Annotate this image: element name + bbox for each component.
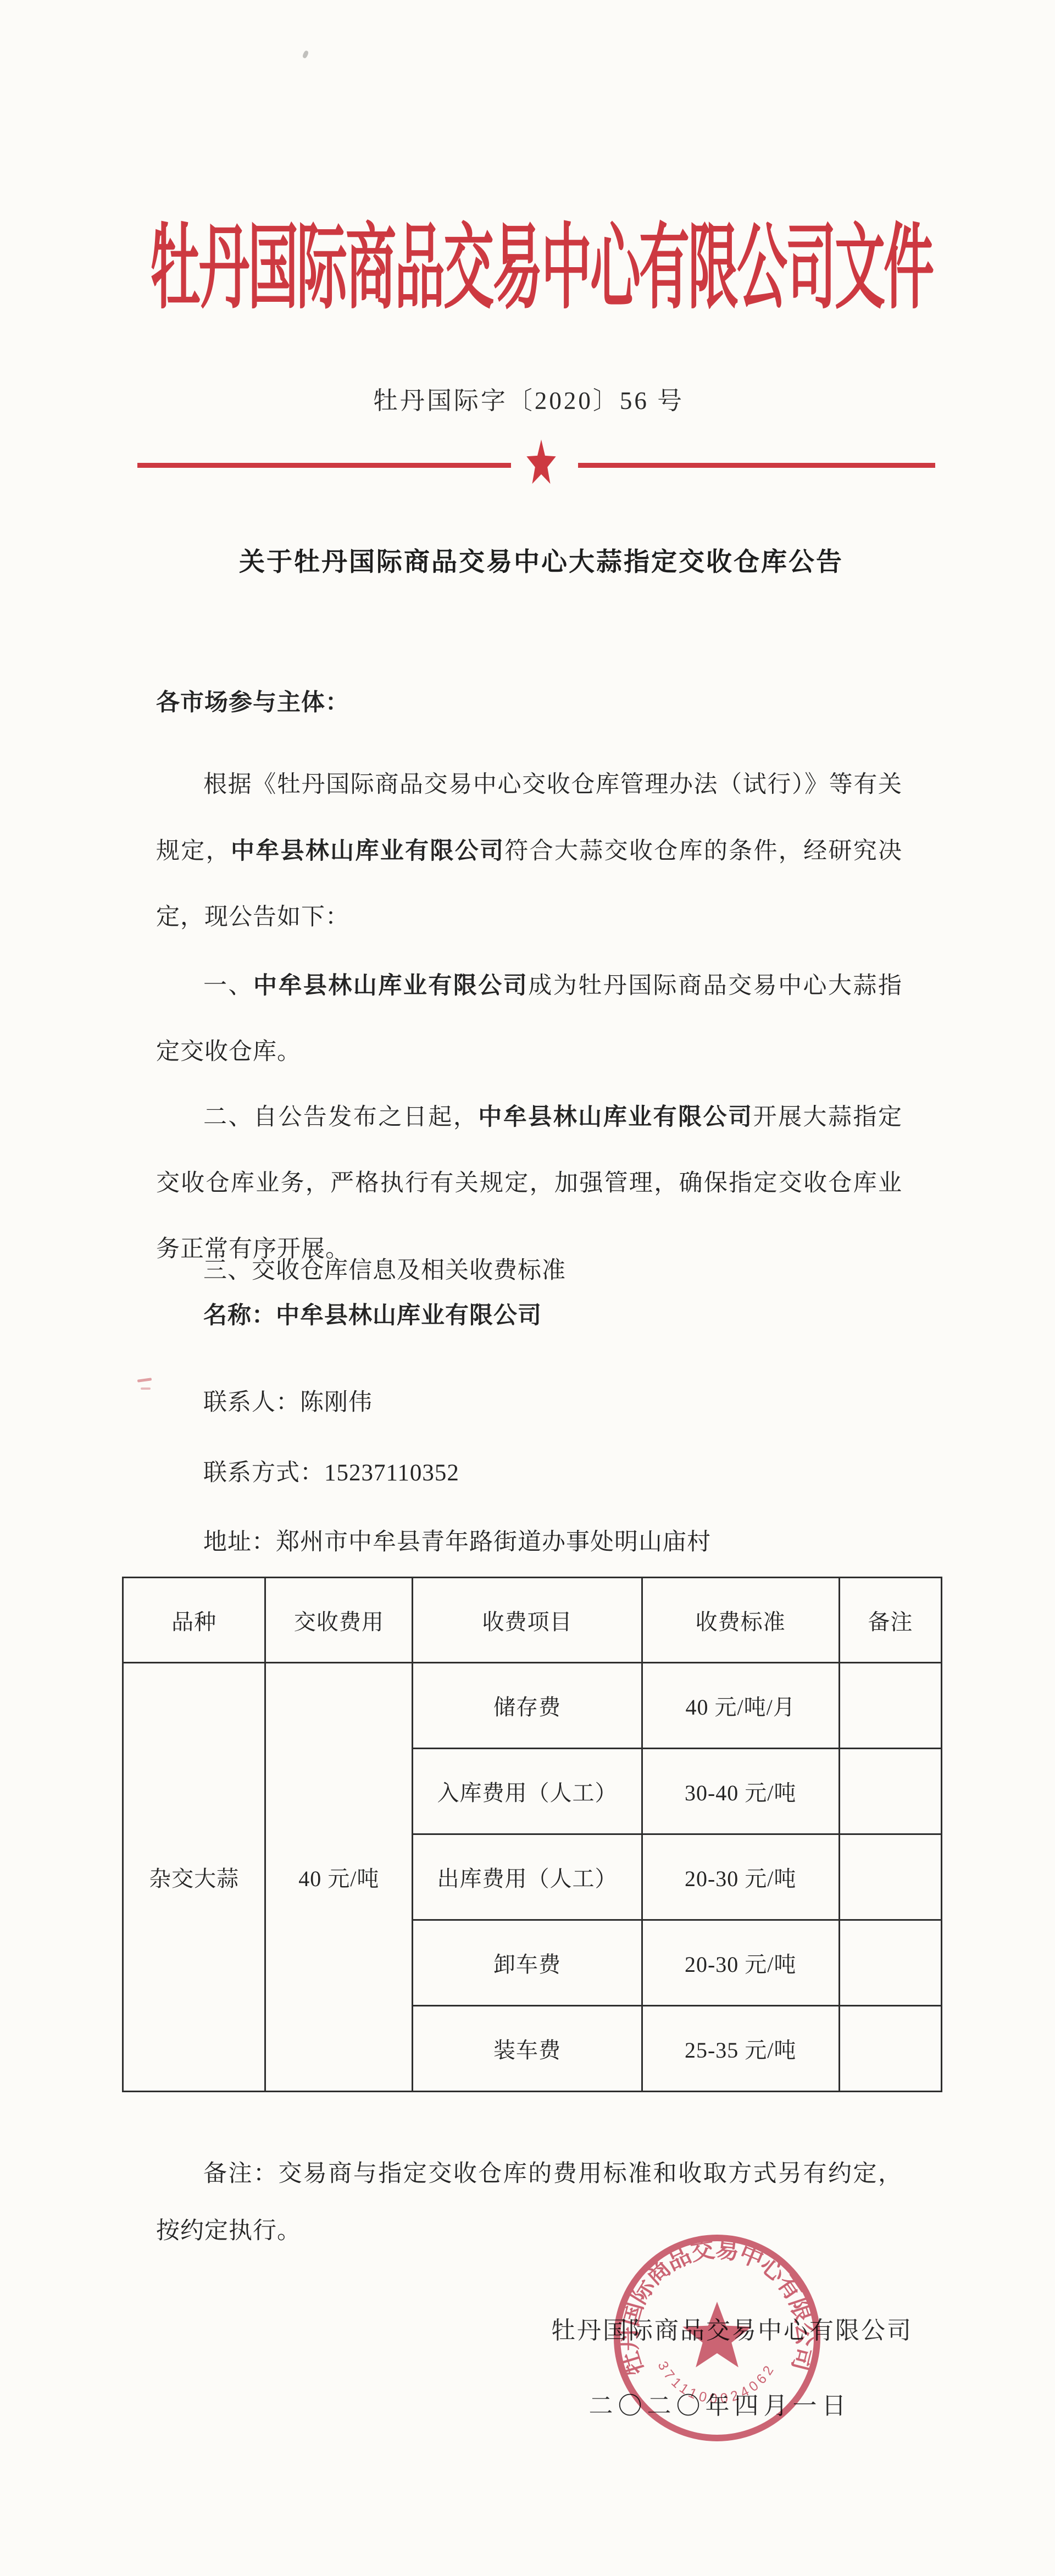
- paragraph-item-1: 一、中牟县林山库业有限公司成为牡丹国际商品交易中心大蒜指定交收仓库。: [156, 953, 902, 1085]
- star-icon: [525, 439, 557, 489]
- fee-item-cell: 储存费: [413, 1663, 642, 1749]
- table-row: 杂交大蒜 40 元/吨 储存费 40 元/吨/月: [123, 1663, 942, 1749]
- col-header-delivery-fee: 交收费用: [265, 1578, 413, 1663]
- delivery-fee-cell: 40 元/吨: [265, 1663, 413, 2092]
- red-divider-right: [578, 463, 935, 468]
- seal-code: 3711100024062: [654, 2359, 776, 2407]
- col-header-remark: 备注: [839, 1578, 941, 1663]
- letterhead-title: 牡丹国际商品交易中心有限公司文件: [150, 194, 932, 327]
- col-header-fee-standard: 收费标准: [642, 1578, 839, 1663]
- company-seal: 牡丹国际商品交易中心有限公司 3711100024062: [607, 2228, 827, 2448]
- seal-star-icon: [682, 2302, 752, 2367]
- remark-cell: [839, 1920, 941, 2006]
- fee-item-cell: 入库费用（人工）: [413, 1749, 642, 1834]
- fee-standard-cell: 30-40 元/吨: [642, 1749, 839, 1834]
- warehouse-company-bold: 中牟县林山库业有限公司: [253, 972, 528, 999]
- svg-text:3711100024062: 3711100024062: [654, 2359, 776, 2407]
- salutation: 各市场参与主体：: [156, 670, 902, 736]
- red-divider-left: [137, 463, 511, 468]
- contact-phone-line: 联系方式：15237110352: [156, 1440, 902, 1506]
- fee-standard-cell: 25-35 元/吨: [642, 2006, 839, 2092]
- remark-cell: [839, 1834, 941, 1920]
- item-number: 一、: [203, 973, 253, 999]
- fee-table: 品种 交收费用 收费项目 收费标准 备注 杂交大蒜 40 元/吨 储存费 40 …: [122, 1577, 942, 2092]
- address-line: 地址：郑州市中牟县青年路街道办事处明山庙村: [156, 1510, 902, 1576]
- warehouse-name-line: 名称：中牟县林山库业有限公司: [156, 1283, 902, 1348]
- doc-number: 牡丹国际字〔2020〕56 号: [373, 380, 684, 416]
- paragraph-basis: 根据《牡丹国际商品交易中心交收仓库管理办法（试行）》等有关规定，中牟县林山库业有…: [156, 752, 902, 950]
- col-header-fee-item: 收费项目: [413, 1578, 642, 1663]
- fee-standard-cell: 20-30 元/吨: [642, 1920, 839, 2006]
- contact-person-line: 联系人：陈刚伟: [156, 1370, 902, 1436]
- remark-cell: [839, 2006, 941, 2092]
- remark-cell: [839, 1663, 941, 1749]
- fee-standard-cell: 40 元/吨/月: [642, 1663, 839, 1749]
- scan-artifact: [141, 1387, 151, 1390]
- document-title: 关于牡丹国际商品交易中心大蒜指定交收仓库公告: [239, 541, 843, 578]
- warehouse-company-bold: 中牟县林山库业有限公司: [231, 838, 504, 864]
- item-number: 二、自公告发布之日起，: [203, 1104, 478, 1130]
- fee-item-cell: 出库费用（人工）: [413, 1834, 642, 1920]
- scan-artifact: [137, 1378, 152, 1383]
- fee-item-cell: 装车费: [413, 2006, 642, 2092]
- remark-cell: [839, 1749, 941, 1834]
- variety-cell: 杂交大蒜: [123, 1663, 265, 2092]
- fee-item-cell: 卸车费: [413, 1920, 642, 2006]
- scan-artifact: [302, 50, 309, 59]
- table-header-row: 品种 交收费用 收费项目 收费标准 备注: [123, 1578, 942, 1663]
- col-header-variety: 品种: [123, 1578, 265, 1663]
- warehouse-company-bold: 中牟县林山库业有限公司: [478, 1104, 753, 1130]
- document-page: 牡丹国际商品交易中心有限公司文件 牡丹国际字〔2020〕56 号 关于牡丹国际商…: [0, 0, 1055, 2576]
- fee-standard-cell: 20-30 元/吨: [642, 1834, 839, 1920]
